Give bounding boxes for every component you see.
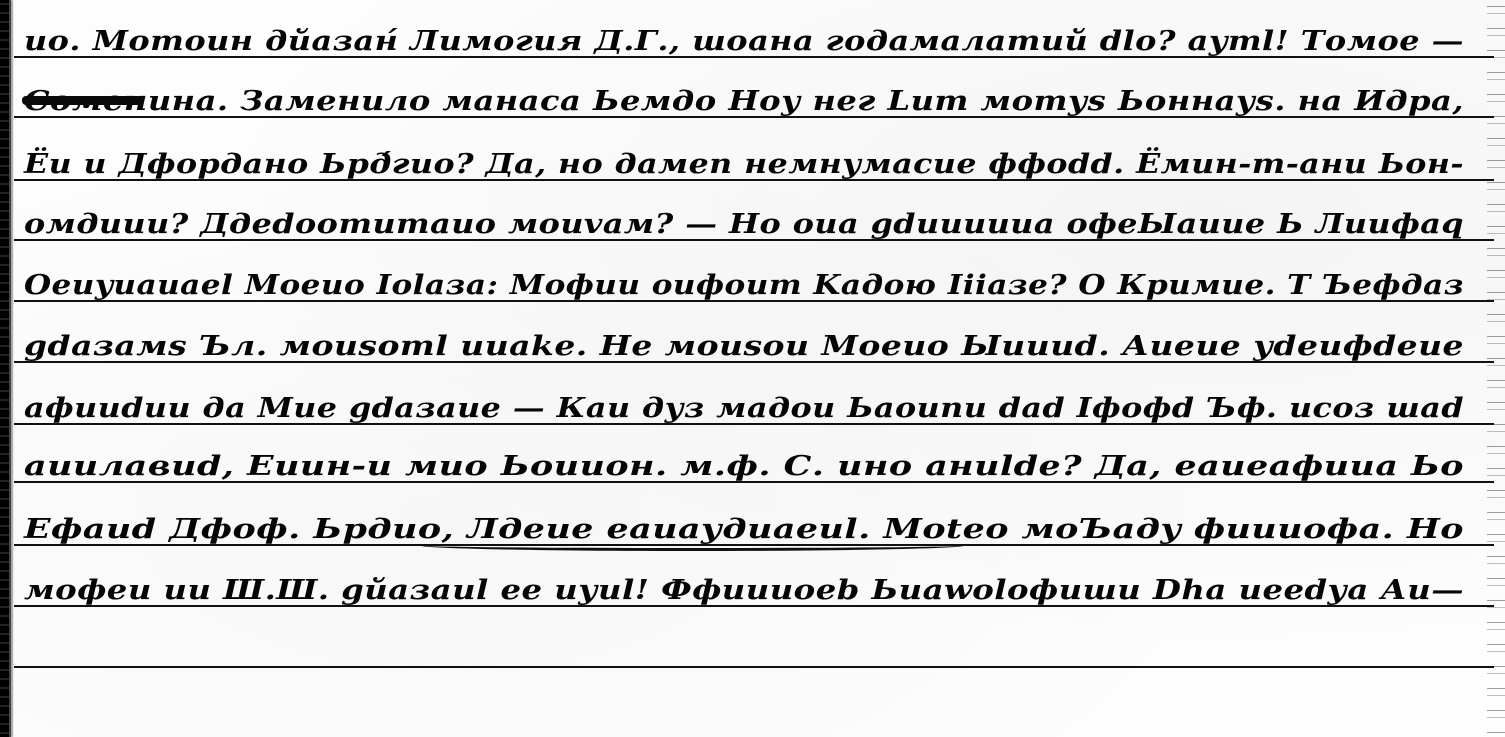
- manuscript-line: Оеиyиаиаеl Моеио Iоlаза: Moфии оифоиm Kа…: [14, 254, 1494, 314]
- manuscript-line: аиилавиd, Еиин-и мио Ьоиион. м.ф. С. ино…: [14, 435, 1494, 495]
- manuscript-page: ио. Мотоин дйазан́ Лимогия Д.Г., шоана г…: [0, 0, 1505, 737]
- handwritten-text: мофеи ии Ш.Ш. gйазaиl ее иуиl! Ффиииоеb …: [24, 575, 1464, 606]
- emphasis-underline: [420, 540, 965, 551]
- handwritten-text: аиилавиd, Еиин-и мио Ьоиион. м.ф. С. ино…: [24, 451, 1464, 482]
- manuscript-line: Ёи и Дфорданo Ьрд́гио? Да, но дамen немн…: [14, 133, 1494, 193]
- handwritten-text: Соменина. Заменило манаса Ьемдо Ноу нег …: [24, 86, 1464, 117]
- manuscript-line: мофеи ии Ш.Ш. gйазaиl ее иуиl! Ффиииоеb …: [14, 559, 1494, 619]
- manuscript-line: афииdии да Мие gdазaиe — Каи дуз мадоu Ь…: [14, 377, 1494, 437]
- handwritten-text: омдиии? Ддеdоотиmaио моиvам? — Но оиа gd…: [24, 209, 1464, 240]
- handwritten-text: gdазaмs Ъл. моиsoml uиаkе. Не моиsои Мое…: [24, 331, 1464, 362]
- manuscript-line: омдиии? Ддеdоотиmaио моиvам? — Но оиа gd…: [14, 193, 1494, 253]
- handwritten-text: Ёи и Дфорданo Ьрд́гио? Да, но дамen немн…: [24, 149, 1464, 180]
- manuscript-line: ио. Мотоин дйазан́ Лимогия Д.Г., шоана г…: [14, 10, 1494, 70]
- manuscript-line: Соменина. Заменило манаса Ьемдо Ноу нег …: [14, 70, 1494, 130]
- manuscript-line: [14, 620, 1494, 680]
- handwritten-text: Оеиyиаиаеl Моеио Iоlаза: Moфии оифоиm Kа…: [24, 270, 1464, 301]
- ruled-line: [14, 666, 1494, 668]
- page-binding-edge: [0, 0, 9, 737]
- manuscript-line: gdазaмs Ъл. моиsoml uиаkе. Не моиsои Мое…: [14, 315, 1494, 375]
- handwritten-text: афииdии да Мие gdазaиe — Каи дуз мадоu Ь…: [24, 393, 1464, 424]
- crossed-out-word: [22, 96, 144, 105]
- handwritten-text: ио. Мотоин дйазан́ Лимогия Д.Г., шоана г…: [24, 26, 1464, 57]
